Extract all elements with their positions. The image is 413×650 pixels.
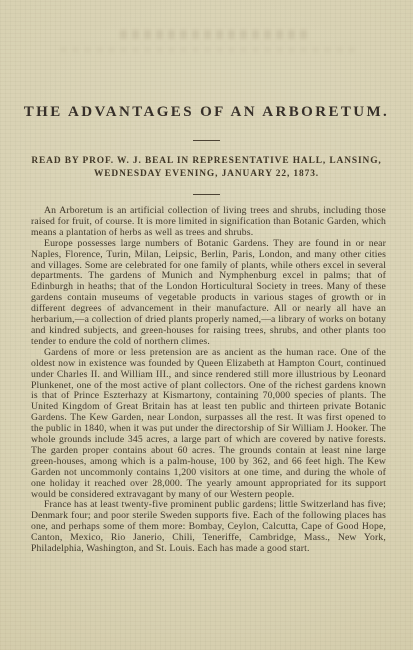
byline-line-1: READ BY PROF. W. J. BEAL IN REPRESENTATI… — [0, 155, 413, 168]
reverse-page-show-through — [120, 30, 310, 39]
paragraph-garden-history-kew: Gardens of more or less pretension are a… — [31, 348, 386, 501]
byline-line-2: WEDNESDAY EVENING, JANUARY 22, 1873. — [0, 168, 413, 181]
page-title: THE ADVANTAGES OF AN ARBORETUM. — [0, 0, 413, 121]
lecture-byline: READ BY PROF. W. J. BEAL IN REPRESENTATI… — [0, 155, 413, 181]
scanned-book-page: THE ADVANTAGES OF AN ARBORETUM. READ BY … — [0, 0, 413, 650]
divider-rule-top — [193, 140, 220, 141]
paragraph-arboretum-definition: An Arboretum is an artificial collection… — [31, 206, 386, 239]
divider-rule-bottom — [193, 194, 220, 195]
paragraph-gardens-worldwide: France has at least twenty-five prominen… — [31, 500, 386, 555]
paragraph-european-gardens: Europe possesses large numbers of Botani… — [31, 239, 386, 348]
reverse-page-show-through-2 — [60, 47, 360, 53]
body-text: An Arboretum is an artificial collection… — [31, 206, 386, 555]
